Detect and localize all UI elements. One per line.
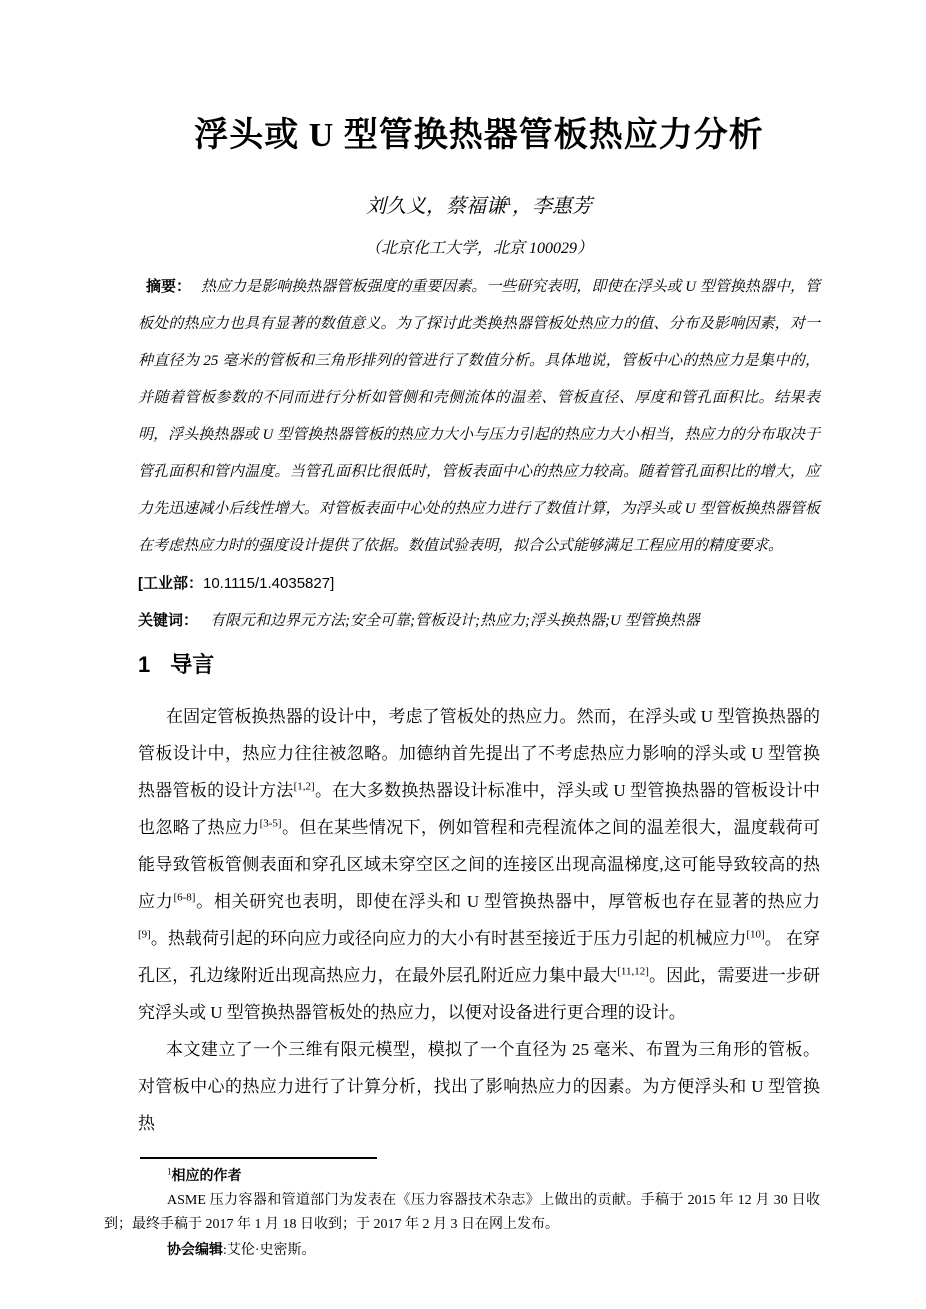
footnote-separator-rule [140, 1157, 377, 1159]
keywords-text: 有限元和边界元方法;安全可靠;管板设计;热应力;浮头换热器;U 型管换热器 [210, 613, 700, 629]
citation-ref: [10] [746, 928, 764, 940]
keywords-line: 关键词：有限元和边界元方法;安全可靠;管板设计;热应力;浮头换热器;U 型管换热… [138, 602, 820, 640]
citation-ref: [11,12] [617, 965, 649, 977]
abstract-paragraph: 摘要：热应力是影响换热器管板强度的重要因素。一些研究表明，即使在浮头或 U 型管… [138, 268, 820, 565]
author-names-rest: ，李惠芳 [512, 196, 592, 218]
section-1-heading: 1导言 [138, 650, 820, 680]
paper-title: 浮头或 U 型管换热器管板热应力分析 [138, 0, 820, 162]
citation-ref: [3-5] [260, 817, 282, 829]
footnote-acknowledgment: ASME 压力容器和管道部门为发表在《压力容器技术杂志》上做出的贡献。手稿于 2… [104, 1189, 820, 1237]
doi-value: 10.1115/1.4035827] [203, 575, 334, 592]
footnote-editor-label: 协会编辑 [167, 1241, 223, 1257]
abstract-label: 摘要： [146, 278, 191, 295]
intro-paragraph-2: 本文建立了一个三维有限元模型，模拟了一个直径为 25 毫米、布置为三角形的管板。… [138, 1031, 820, 1142]
keywords-label: 关键词： [138, 612, 198, 629]
section-number: 1 [138, 652, 150, 677]
intro-paragraph-1: 在固定管板换热器的设计中，考虑了管板处的热应力。然而，在浮头或 U 型管换热器的… [138, 698, 820, 1031]
doi-label: [工业部： [138, 575, 203, 592]
citation-ref: [9] [138, 928, 151, 940]
footnotes-block: 1相应的作者 ASME 压力容器和管道部门为发表在《压力容器技术杂志》上做出的贡… [104, 1163, 820, 1263]
paper-main-column: 浮头或 U 型管换热器管板热应力分析 刘久义，蔡福谦1，李惠芳 （北京化工大学，… [138, 0, 820, 1142]
footnote-editor-name: :艾伦·史密斯。 [223, 1243, 316, 1258]
authors-line: 刘久义，蔡福谦1，李惠芳 [138, 186, 820, 222]
doi-line: [工业部：10.1115/1.4035827] [138, 565, 820, 602]
section-title: 导言 [170, 652, 214, 677]
paragraph-text: 。热载荷引起的环向应力或径向应力的大小有时甚至接近于压力引起的机械应力 [151, 929, 747, 948]
abstract-text: 热应力是影响换热器管板强度的重要因素。一些研究表明，即使在浮头或 U 型管换热器… [138, 279, 820, 554]
footnote-editor: 协会编辑:艾伦·史密斯。 [104, 1237, 820, 1263]
paper-page: 浮头或 U 型管换热器管板热应力分析 刘久义，蔡福谦1，李惠芳 （北京化工大学，… [0, 0, 926, 1309]
footnote-corresponding-author: 1相应的作者 [104, 1163, 820, 1189]
footnote-author-label: 相应的作者 [172, 1167, 242, 1183]
citation-ref: [1,2] [294, 780, 315, 792]
author-names: 刘久义，蔡福谦 [366, 196, 506, 218]
paragraph-text: 。相关研究也表明，即使在浮头和 U 型管换热器中，厚管板也存在显著的热应力 [195, 892, 820, 911]
affiliation-line: （北京化工大学，北京 100029） [138, 236, 820, 262]
citation-ref: [6-8] [173, 891, 195, 903]
